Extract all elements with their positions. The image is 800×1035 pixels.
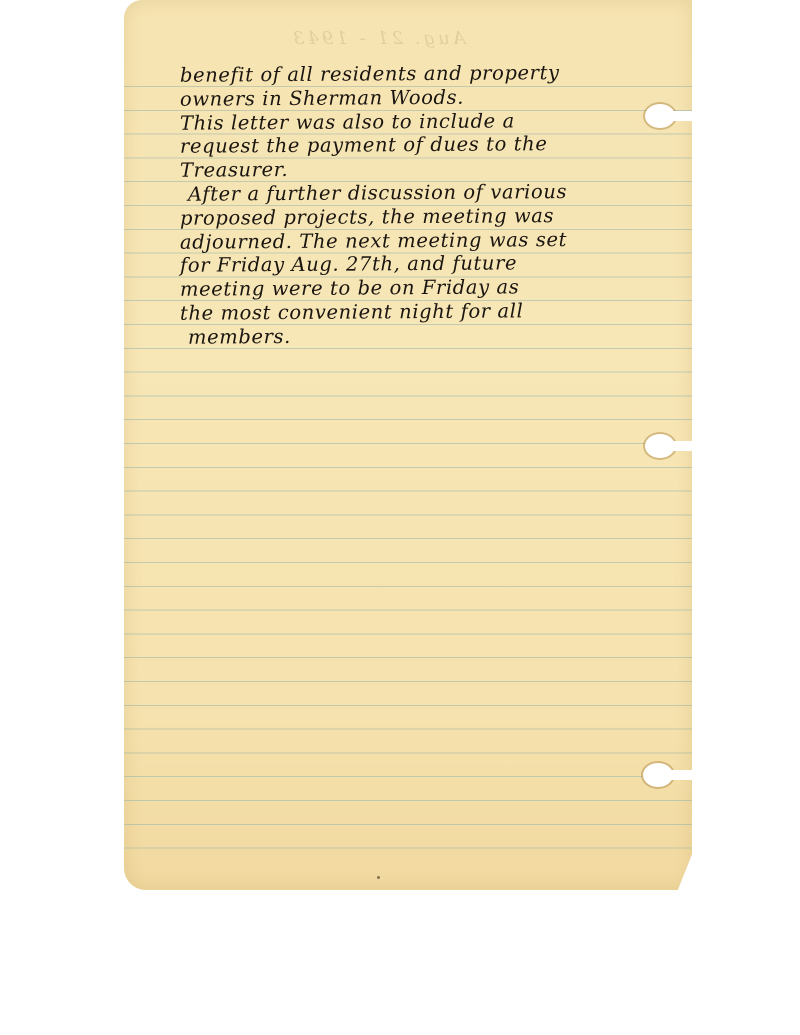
binder-hole-bottom xyxy=(643,763,673,787)
handwritten-text: benefit of all residents and property ow… xyxy=(180,62,680,348)
ink-speck xyxy=(377,876,380,879)
text-line-2: owners in Sherman Woods. xyxy=(180,84,680,111)
text-line-12: members. xyxy=(180,322,680,349)
bleed-through-header: Aug. 21 - 1943 xyxy=(290,28,466,49)
binder-hole-middle xyxy=(645,434,675,458)
text-line-1: benefit of all residents and property xyxy=(180,60,680,87)
text-line-11: the most convenient night for all xyxy=(180,298,680,325)
text-line-5: Treasurer. xyxy=(180,155,680,182)
text-line-6: After a further discussion of various xyxy=(180,179,680,206)
text-line-7: proposed projects, the meeting was xyxy=(180,203,680,230)
text-line-10: meeting were to be on Friday as xyxy=(180,274,680,301)
